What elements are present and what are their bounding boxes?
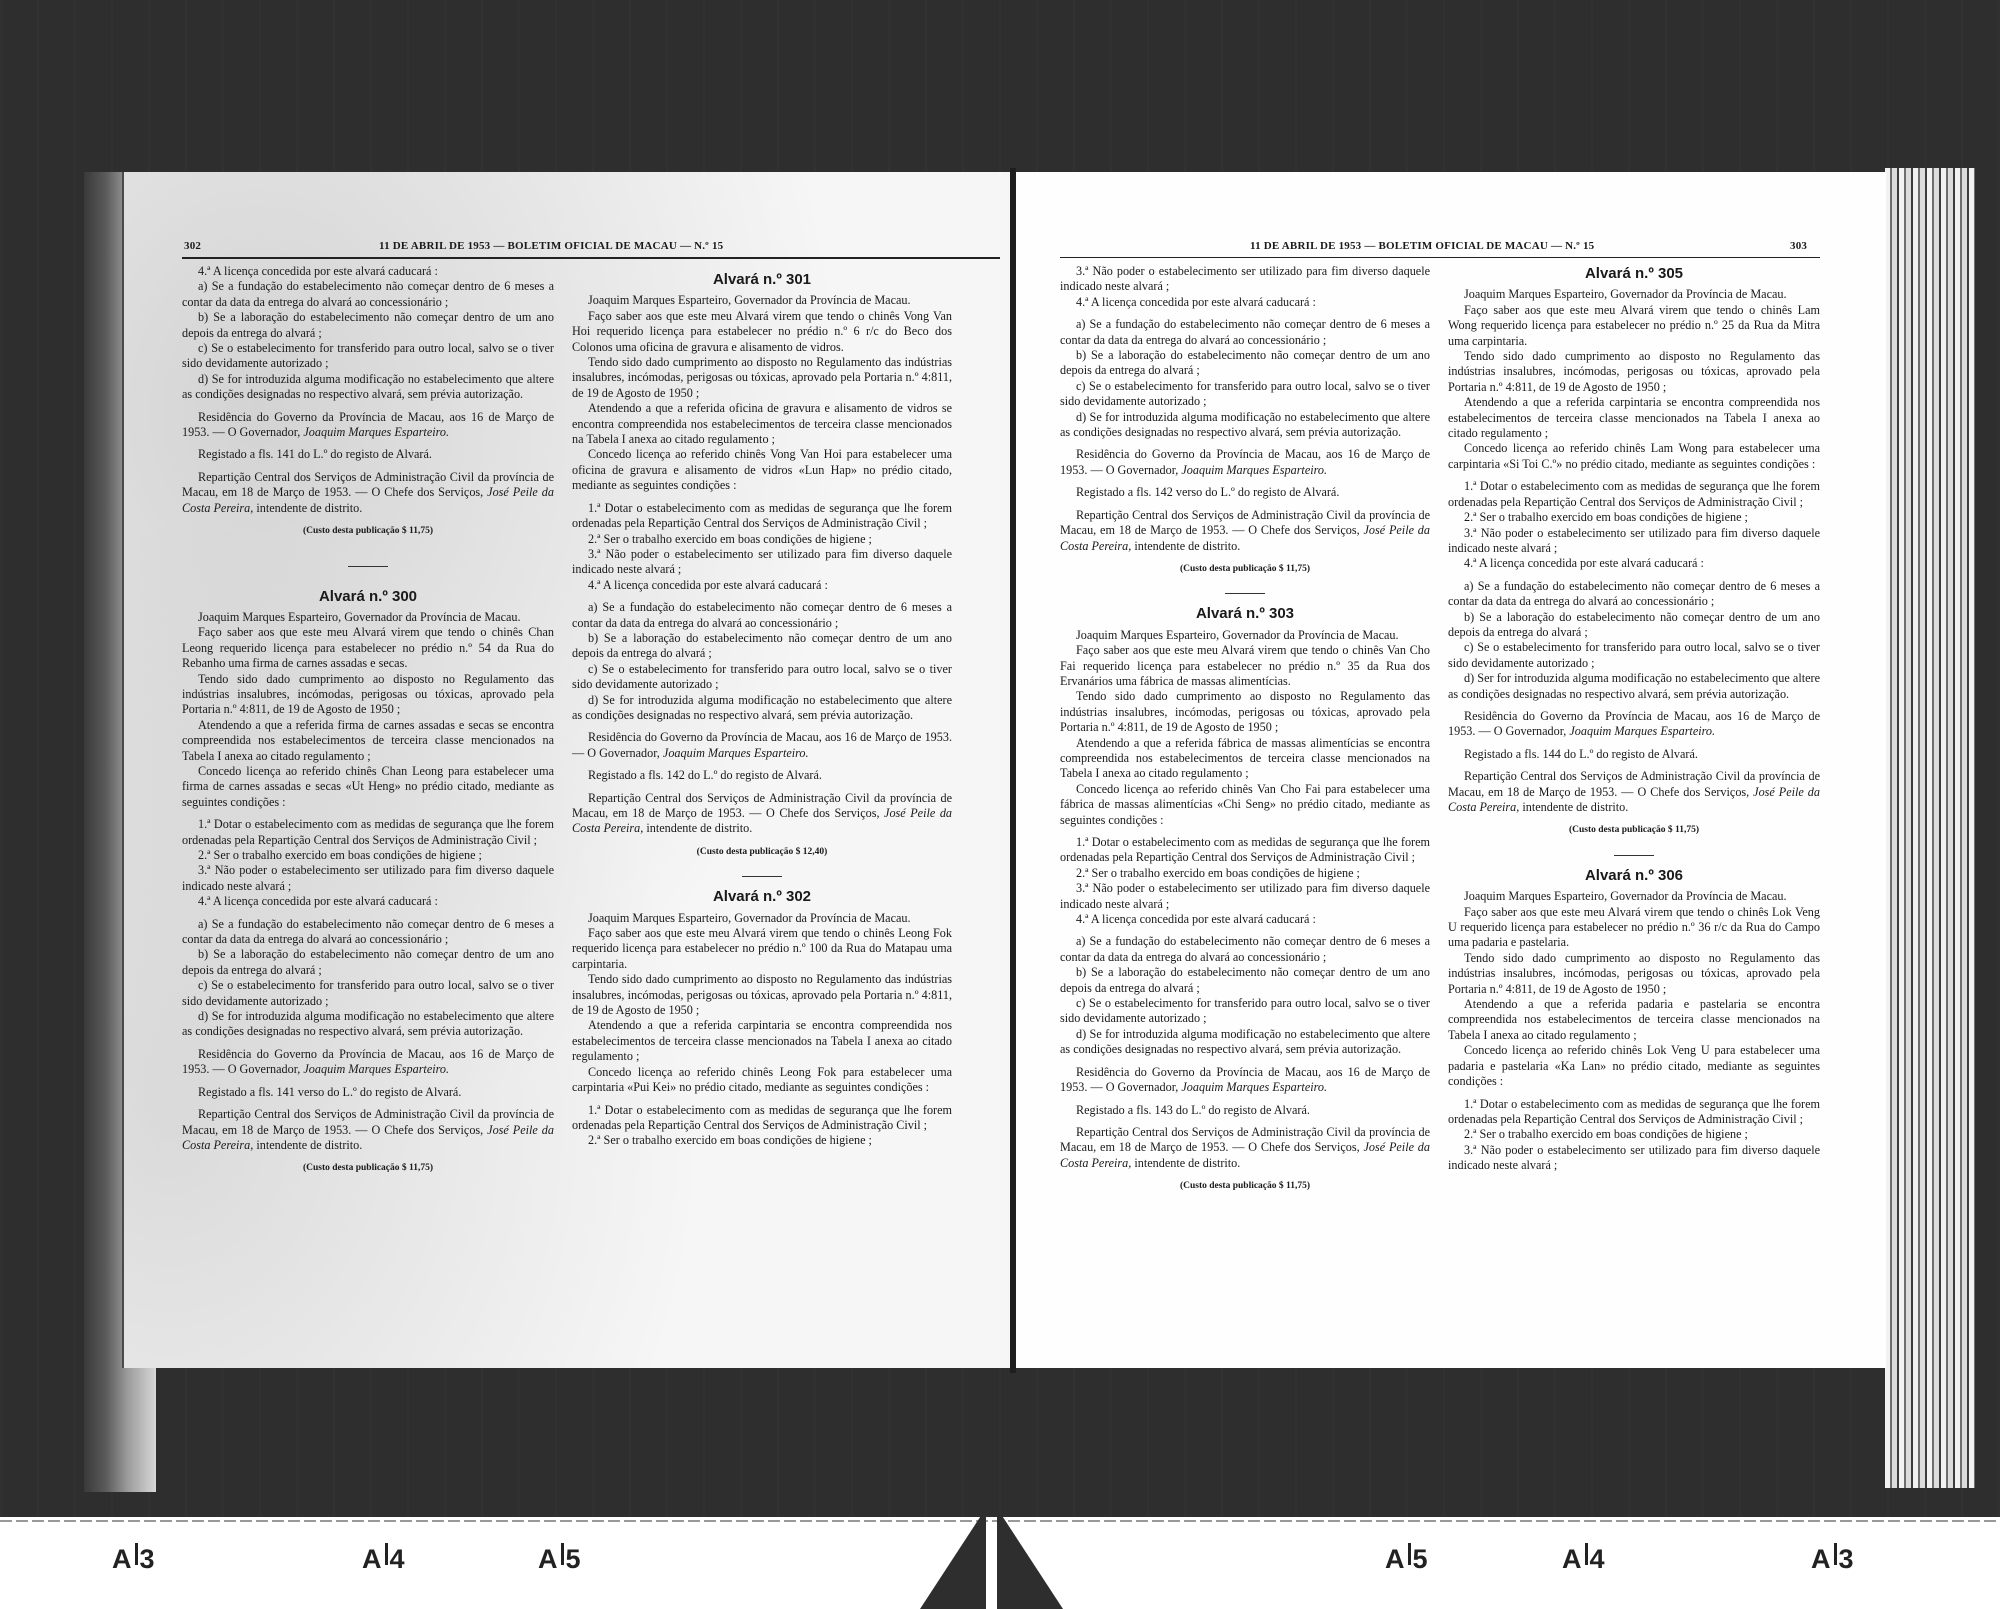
text-paragraph: Concedo licença ao referido chinês Van C… bbox=[1060, 782, 1430, 828]
text-paragraph: Atendendo a que a referida oficina de gr… bbox=[572, 401, 952, 447]
signature-paragraph: Residência do Governo da Província de Ma… bbox=[1448, 709, 1820, 740]
signature-paragraph: Residência do Governo da Província de Ma… bbox=[1060, 447, 1430, 478]
text-paragraph: d) Se for introduzida alguma modificação… bbox=[182, 372, 554, 403]
text-paragraph: Registado a fls. 144 do L.º do registo d… bbox=[1448, 747, 1820, 762]
marker-tick bbox=[385, 1543, 388, 1565]
film-marker: A5 bbox=[538, 1543, 582, 1575]
text-paragraph: Joaquim Marques Esparteiro. bbox=[303, 1062, 449, 1076]
text-paragraph: Joaquim Marques Esparteiro. bbox=[1181, 463, 1327, 477]
text-paragraph: Faço saber aos que este meu Alvará virem… bbox=[572, 309, 952, 355]
text-paragraph: 3.ª Não poder o estabelecimento ser util… bbox=[1448, 526, 1820, 557]
text-paragraph: intendente de distrito. bbox=[1134, 1156, 1240, 1170]
text-paragraph: 3.ª Não poder o estabelecimento ser util… bbox=[1060, 881, 1430, 912]
text-paragraph: a) Se a fundação do estabelecimento não … bbox=[572, 600, 952, 631]
section-divider bbox=[1225, 593, 1265, 594]
text-paragraph: Concedo licença ao referido chinês Chan … bbox=[182, 764, 554, 810]
signature-paragraph: Repartição Central dos Serviços de Admin… bbox=[1060, 508, 1430, 554]
text-paragraph: Faço saber aos que este meu Alvará virem… bbox=[1060, 643, 1430, 689]
text-paragraph: 4.ª A licença concedida por este alvará … bbox=[1448, 556, 1820, 571]
marker-tick bbox=[561, 1543, 564, 1565]
text-paragraph: a) Se a fundação do estabelecimento não … bbox=[182, 917, 554, 948]
left-page-column-2: Alvará n.º 301 Joaquim Marques Esparteir… bbox=[572, 270, 952, 1149]
signature-paragraph: Residência do Governo da Província de Ma… bbox=[182, 410, 554, 441]
text-paragraph: A bbox=[1385, 1544, 1406, 1574]
center-triangle-right-icon bbox=[997, 1508, 1063, 1609]
alvara-305: Alvará n.º 305 Joaquim Marques Esparteir… bbox=[1448, 266, 1820, 839]
text-paragraph: Tendo sido dado cumprimento ao disposto … bbox=[572, 972, 952, 1018]
text-paragraph: 3.ª Não poder o estabelecimento ser util… bbox=[572, 547, 952, 578]
running-head-right: 11 DE ABRIL DE 1953 — BOLETIM OFICIAL DE… bbox=[1250, 240, 1594, 252]
text-paragraph: Tendo sido dado cumprimento ao disposto … bbox=[1448, 951, 1820, 997]
text-paragraph: Atendendo a que a referida padaria e pas… bbox=[1448, 997, 1820, 1043]
text-paragraph: b) Se a laboração do estabelecimento não… bbox=[1060, 965, 1430, 996]
text-paragraph: b) Se a laboração do estabelecimento não… bbox=[182, 310, 554, 341]
text-paragraph: Faço saber aos que este meu Alvará virem… bbox=[182, 625, 554, 671]
text-paragraph: d) Se for introduzida alguma modificação… bbox=[572, 693, 952, 724]
text-paragraph: Faço saber aos que este meu Alvará virem… bbox=[1448, 905, 1820, 951]
alvara-title: Alvará n.º 300 bbox=[182, 589, 554, 604]
text-paragraph: 2.ª Ser o trabalho exercido em boas cond… bbox=[1448, 1127, 1820, 1142]
text-paragraph: a) Se a fundação do estabelecimento não … bbox=[1060, 317, 1430, 348]
text-paragraph: 2.ª Ser o trabalho exercido em boas cond… bbox=[572, 1133, 952, 1148]
text-paragraph: 4 bbox=[390, 1544, 406, 1574]
text-paragraph: Registado a fls. 142 verso do L.º do reg… bbox=[1060, 485, 1430, 500]
film-marker: A5 bbox=[1385, 1543, 1429, 1575]
text-paragraph: intendente de distrito. bbox=[1522, 800, 1628, 814]
alvara-306: Alvará n.º 306 Joaquim Marques Esparteir… bbox=[1448, 868, 1820, 1174]
text-paragraph: b) Se a laboração do estabelecimento não… bbox=[1448, 610, 1820, 641]
text-paragraph: 3 bbox=[1839, 1544, 1855, 1574]
text-paragraph: 4.ª A licença concedida por este alvará … bbox=[1060, 912, 1430, 927]
text-paragraph: A bbox=[538, 1544, 559, 1574]
continuation-block: 4.ª A licença concedida por este alvará … bbox=[182, 264, 554, 540]
signature-paragraph: Repartição Central dos Serviços de Admin… bbox=[1060, 1125, 1430, 1171]
signature-paragraph: Repartição Central dos Serviços de Admin… bbox=[182, 470, 554, 516]
center-triangle-left-icon bbox=[920, 1508, 986, 1609]
text-paragraph: 4.ª A licença concedida por este alvará … bbox=[182, 894, 554, 909]
cost-note: (Custo desta publicação $ 11,75) bbox=[182, 524, 554, 539]
signature-paragraph: Repartição Central dos Serviços de Admin… bbox=[182, 1107, 554, 1153]
film-marker: A4 bbox=[362, 1543, 406, 1575]
text-paragraph: Tendo sido dado cumprimento ao disposto … bbox=[572, 355, 952, 401]
text-paragraph: Tendo sido dado cumprimento ao disposto … bbox=[182, 672, 554, 718]
page-number-left: 302 bbox=[184, 240, 201, 252]
right-page-column-1: 3.ª Não poder o estabelecimento ser util… bbox=[1060, 264, 1430, 1195]
text-paragraph: Joaquim Marques Esparteiro, Governador d… bbox=[182, 610, 554, 625]
film-marker: A3 bbox=[112, 1543, 156, 1575]
text-paragraph: intendente de distrito. bbox=[646, 821, 752, 835]
left-page-column-1: 4.ª A licença concedida por este alvará … bbox=[182, 264, 554, 1177]
text-paragraph: b) Se a laboração do estabelecimento não… bbox=[572, 631, 952, 662]
alvara-300: Alvará n.º 300 Joaquim Marques Esparteir… bbox=[182, 589, 554, 1177]
text-paragraph: Concedo licença ao referido chinês Lam W… bbox=[1448, 441, 1820, 472]
section-divider bbox=[1614, 855, 1654, 856]
marker-tick bbox=[135, 1543, 138, 1565]
text-paragraph: 1.ª Dotar o estabelecimento com as medid… bbox=[182, 817, 554, 848]
text-paragraph: b) Se a laboração do estabelecimento não… bbox=[1060, 348, 1430, 379]
text-paragraph: 1.ª Dotar o estabelecimento com as medid… bbox=[1448, 479, 1820, 510]
text-paragraph: Registado a fls. 143 do L.º do registo d… bbox=[1060, 1103, 1430, 1118]
text-paragraph: 1.ª Dotar o estabelecimento com as medid… bbox=[1448, 1097, 1820, 1128]
text-paragraph: a) Se a fundação do estabelecimento não … bbox=[182, 279, 554, 310]
text-paragraph: Joaquim Marques Esparteiro. bbox=[663, 746, 809, 760]
header-rule bbox=[182, 257, 1000, 259]
page-303: 11 DE ABRIL DE 1953 — BOLETIM OFICIAL DE… bbox=[1016, 172, 1886, 1368]
text-paragraph: Joaquim Marques Esparteiro, Governador d… bbox=[572, 911, 952, 926]
text-paragraph: Faço saber aos que este meu Alvará virem… bbox=[1448, 303, 1820, 349]
text-paragraph: Faço saber aos que este meu Alvará virem… bbox=[572, 926, 952, 972]
text-paragraph: d) Se for introduzida alguma modificação… bbox=[1060, 410, 1430, 441]
alvara-title: Alvará n.º 306 bbox=[1448, 868, 1820, 883]
text-paragraph: 3.ª Não poder o estabelecimento ser util… bbox=[1448, 1143, 1820, 1174]
continuation-block: 3.ª Não poder o estabelecimento ser util… bbox=[1060, 264, 1430, 577]
text-paragraph: Joaquim Marques Esparteiro. bbox=[1181, 1080, 1327, 1094]
running-head-left: 11 DE ABRIL DE 1953 — BOLETIM OFICIAL DE… bbox=[379, 240, 723, 252]
text-paragraph: 2.ª Ser o trabalho exercido em boas cond… bbox=[1448, 510, 1820, 525]
alvara-301: Alvará n.º 301 Joaquim Marques Esparteir… bbox=[572, 272, 952, 860]
film-marker: A3 bbox=[1811, 1543, 1855, 1575]
text-paragraph: 3.ª Não poder o estabelecimento ser util… bbox=[182, 863, 554, 894]
page-302: 302 11 DE ABRIL DE 1953 — BOLETIM OFICIA… bbox=[122, 172, 1012, 1368]
text-paragraph: 4.ª A licença concedida por este alvará … bbox=[1060, 295, 1430, 310]
text-paragraph: intendente de distrito. bbox=[1134, 539, 1240, 553]
text-paragraph: b) Se a laboração do estabelecimento não… bbox=[182, 947, 554, 978]
text-paragraph: a) Se a fundação do estabelecimento não … bbox=[1448, 579, 1820, 610]
text-paragraph: Concedo licença ao referido chinês Lok V… bbox=[1448, 1043, 1820, 1089]
text-paragraph: c) Se o estabelecimento for transferido … bbox=[182, 341, 554, 372]
text-paragraph: 2.ª Ser o trabalho exercido em boas cond… bbox=[182, 848, 554, 863]
text-paragraph: 1.ª Dotar o estabelecimento com as medid… bbox=[1060, 835, 1430, 866]
alvara-title: Alvará n.º 302 bbox=[572, 889, 952, 904]
text-paragraph: c) Se o estabelecimento for transferido … bbox=[572, 662, 952, 693]
text-paragraph: Atendendo a que a referida carpintaria s… bbox=[572, 1018, 952, 1064]
marker-tick bbox=[1834, 1543, 1837, 1565]
text-paragraph: Registado a fls. 141 do L.º do registo d… bbox=[182, 447, 554, 462]
cost-note: (Custo desta publicação $ 11,75) bbox=[182, 1161, 554, 1176]
text-paragraph: A bbox=[112, 1544, 133, 1574]
text-paragraph: 4 bbox=[1590, 1544, 1606, 1574]
cost-note: (Custo desta publicação $ 12,40) bbox=[572, 845, 952, 860]
text-paragraph: 2.ª Ser o trabalho exercido em boas cond… bbox=[572, 532, 952, 547]
text-paragraph: A bbox=[362, 1544, 383, 1574]
text-paragraph: c) Se o estabelecimento for transferido … bbox=[182, 978, 554, 1009]
text-paragraph: d) Se for introduzida alguma modificação… bbox=[1060, 1027, 1430, 1058]
text-paragraph: Atendendo a que a referida carpintaria s… bbox=[1448, 395, 1820, 441]
book-edge-right bbox=[1885, 168, 1975, 1488]
text-paragraph: 1.ª Dotar o estabelecimento com as medid… bbox=[572, 501, 952, 532]
signature-paragraph: Repartição Central dos Serviços de Admin… bbox=[1448, 769, 1820, 815]
header-rule bbox=[1060, 257, 1820, 258]
text-paragraph: 4.ª A licença concedida por este alvará … bbox=[182, 264, 554, 279]
cost-note: (Custo desta publicação $ 11,75) bbox=[1448, 823, 1820, 838]
section-divider bbox=[348, 566, 388, 567]
text-paragraph: Joaquim Marques Esparteiro, Governador d… bbox=[1060, 628, 1430, 643]
alvara-303: Alvará n.º 303 Joaquim Marques Esparteir… bbox=[1060, 606, 1430, 1194]
text-paragraph: Joaquim Marques Esparteiro, Governador d… bbox=[1448, 889, 1820, 904]
section-divider bbox=[742, 876, 782, 877]
page-number-right: 303 bbox=[1790, 240, 1807, 252]
text-paragraph: A bbox=[1811, 1544, 1832, 1574]
right-page-column-2: Alvará n.º 305 Joaquim Marques Esparteir… bbox=[1448, 264, 1820, 1174]
text-paragraph: Concedo licença ao referido chinês Leong… bbox=[572, 1065, 952, 1096]
text-paragraph: Joaquim Marques Esparteiro. bbox=[303, 425, 449, 439]
text-paragraph: c) Se o estabelecimento for transferido … bbox=[1060, 379, 1430, 410]
text-paragraph: 5 bbox=[1413, 1544, 1429, 1574]
text-paragraph: 2.ª Ser o trabalho exercido em boas cond… bbox=[1060, 866, 1430, 881]
text-paragraph: 5 bbox=[566, 1544, 582, 1574]
signature-paragraph: Residência do Governo da Província de Ma… bbox=[1060, 1065, 1430, 1096]
text-paragraph: 3 bbox=[140, 1544, 156, 1574]
text-paragraph: Atendendo a que a referida fábrica de ma… bbox=[1060, 736, 1430, 782]
alvara-302: Alvará n.º 302 Joaquim Marques Esparteir… bbox=[572, 889, 952, 1149]
marker-tick bbox=[1585, 1543, 1588, 1565]
signature-paragraph: Repartição Central dos Serviços de Admin… bbox=[572, 791, 952, 837]
text-paragraph: A bbox=[1562, 1544, 1583, 1574]
signature-paragraph: Residência do Governo da Província de Ma… bbox=[182, 1047, 554, 1078]
text-paragraph: Concedo licença ao referido chinês Vong … bbox=[572, 447, 952, 493]
text-paragraph: Tendo sido dado cumprimento ao disposto … bbox=[1448, 349, 1820, 395]
cost-note: (Custo desta publicação $ 11,75) bbox=[1060, 1179, 1430, 1194]
text-paragraph: Joaquim Marques Esparteiro. bbox=[1569, 724, 1715, 738]
film-marker: A4 bbox=[1562, 1543, 1606, 1575]
text-paragraph: Joaquim Marques Esparteiro, Governador d… bbox=[1448, 287, 1820, 302]
text-paragraph: intendente de distrito. bbox=[256, 501, 362, 515]
text-paragraph: Atendendo a que a referida firma de carn… bbox=[182, 718, 554, 764]
text-paragraph: Registado a fls. 141 verso do L.º do reg… bbox=[182, 1085, 554, 1100]
signature-paragraph: Residência do Governo da Província de Ma… bbox=[572, 730, 952, 761]
alvara-title: Alvará n.º 305 bbox=[1448, 266, 1820, 281]
text-paragraph: 4.ª A licença concedida por este alvará … bbox=[572, 578, 952, 593]
text-paragraph: c) Se o estabelecimento for transferido … bbox=[1060, 996, 1430, 1027]
text-paragraph: c) Se o estabelecimento for transferido … bbox=[1448, 640, 1820, 671]
alvara-title: Alvará n.º 303 bbox=[1060, 606, 1430, 621]
text-paragraph: 3.ª Não poder o estabelecimento ser util… bbox=[1060, 264, 1430, 295]
text-paragraph: 1.ª Dotar o estabelecimento com as medid… bbox=[572, 1103, 952, 1134]
marker-tick bbox=[1408, 1543, 1411, 1565]
alvara-title: Alvará n.º 301 bbox=[572, 272, 952, 287]
text-paragraph: intendente de distrito. bbox=[256, 1138, 362, 1152]
text-paragraph: Joaquim Marques Esparteiro, Governador d… bbox=[572, 293, 952, 308]
text-paragraph: d) Ser for introduzida alguma modificaçã… bbox=[1448, 671, 1820, 702]
text-paragraph: a) Se a fundação do estabelecimento não … bbox=[1060, 934, 1430, 965]
text-paragraph: Registado a fls. 142 do L.º do registo d… bbox=[572, 768, 952, 783]
text-paragraph: Tendo sido dado cumprimento ao disposto … bbox=[1060, 689, 1430, 735]
text-paragraph: d) Se for introduzida alguma modificação… bbox=[182, 1009, 554, 1040]
cost-note: (Custo desta publicação $ 11,75) bbox=[1060, 562, 1430, 577]
